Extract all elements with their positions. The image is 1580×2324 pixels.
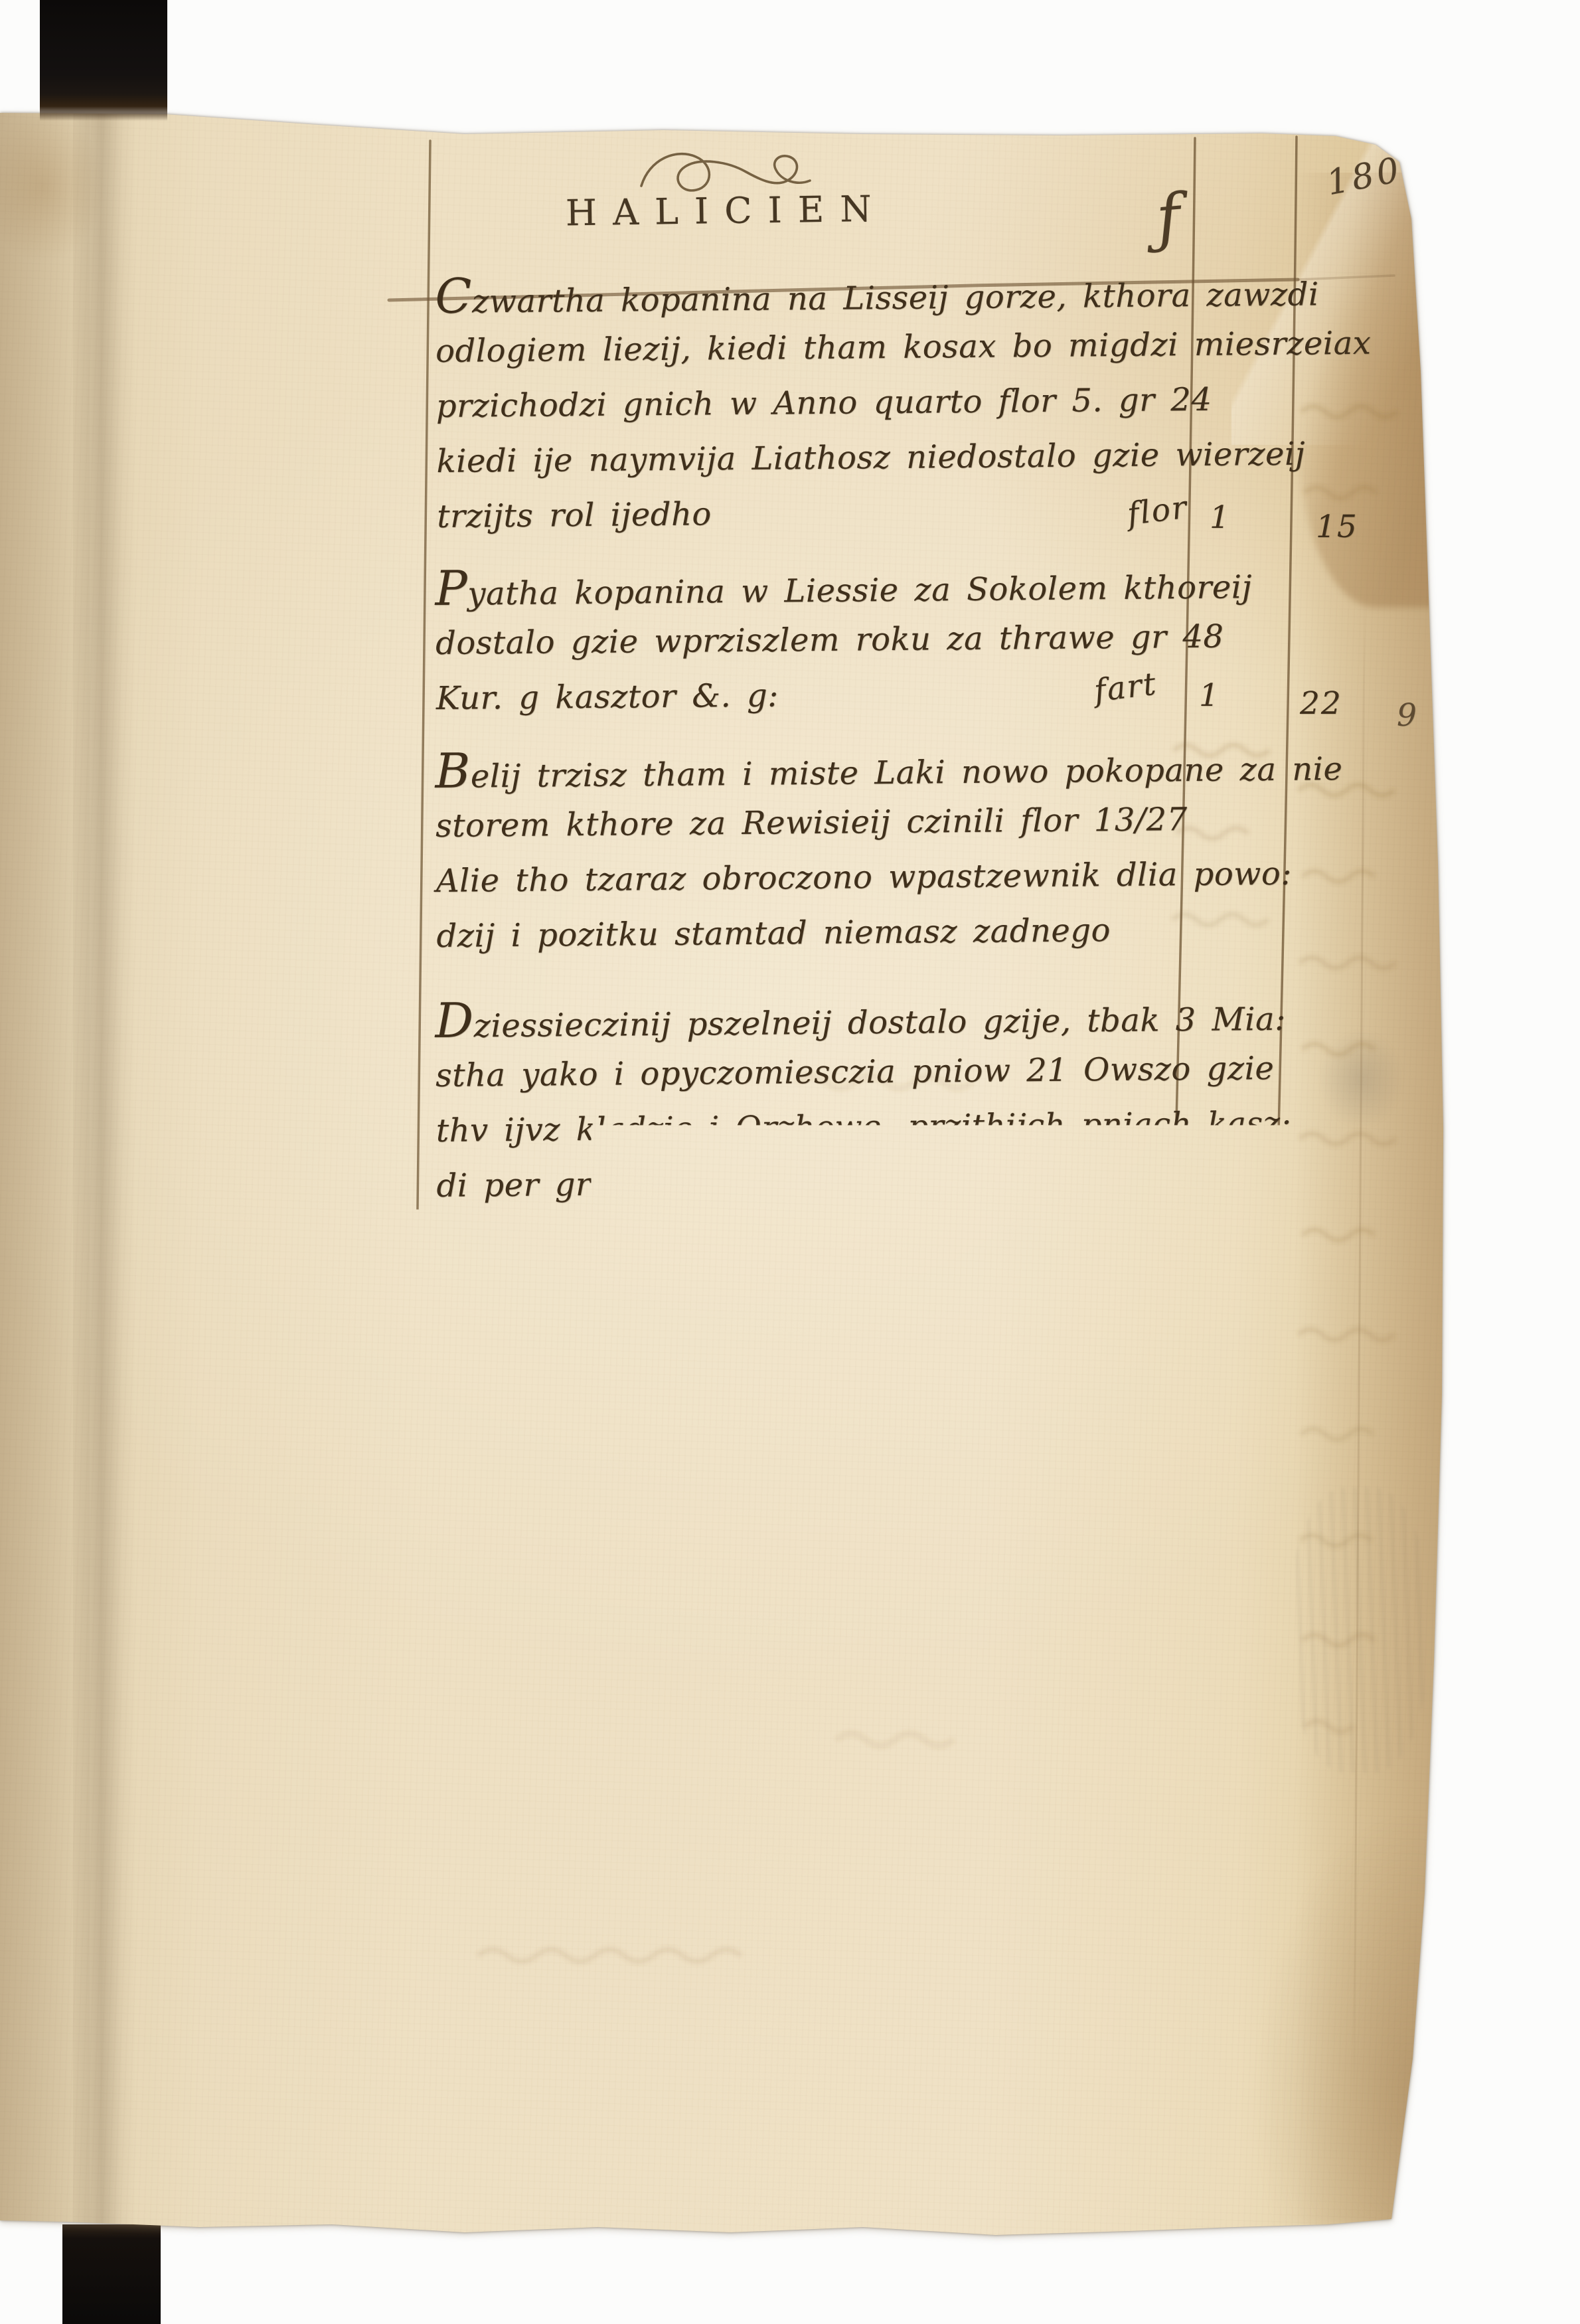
text-line: 15 A dziekiernikow przithem ijest tho dr… (435, 1542, 1226, 1599)
footer-rule (398, 1886, 1085, 1896)
stain-top-left (0, 100, 143, 292)
text-line: przichodzi gnich w Anno quarto flor 5. g… (435, 373, 1226, 434)
text-line: Czwartha kopanina na Lisseij gorze, ktho… (435, 262, 1225, 324)
manuscript-page: HALICIEN ƒ 180. Czwartha kopanina na Lis… (0, 0, 1580, 2324)
amount-value: 14 (1188, 1182, 1231, 1218)
scanned-manuscript-canvas: HALICIEN ƒ 180. Czwartha kopanina na Lis… (0, 0, 1580, 2324)
folio-number: 180. (1324, 147, 1420, 204)
amount-label: fart (1079, 1624, 1146, 1668)
amount-value: 6 (1190, 1382, 1212, 1418)
amount-value: 12 (1184, 1705, 1227, 1742)
vertical-crease (1353, 584, 1366, 2112)
text-line: stha yako i opyczomiesczia pniow 21 Owsz… (435, 1042, 1226, 1104)
text-line: kiedi ije naymvija Liathosz niedostalo g… (436, 428, 1227, 489)
text-line: nienaliezi do Zamku Alie do miastha i ie… (435, 1808, 1226, 1870)
text-line: Dziessieczinij pszelneij dostalo gzije, … (435, 987, 1225, 1048)
manuscript-page-wrap: HALICIEN ƒ 180. Czwartha kopanina na Lis… (0, 0, 1580, 2324)
gutter-shading (0, 100, 90, 2231)
text-line: Alie tho tzaraz obroczono wpastzewnik dl… (435, 847, 1226, 909)
margin-rule-left (404, 141, 430, 2222)
amount-label: flor (1125, 489, 1190, 533)
text-line: odlogiem liezij, kiedi tham kosax bo mig… (435, 317, 1226, 379)
text-line: Lesnich tho gunthij robija ijest 4 kazdi… (435, 1441, 1225, 1498)
amount-label: fart (1090, 1374, 1157, 1418)
ink-speck (103, 1920, 112, 1932)
text-line: storem kthore za Rewisieij czinili flor … (435, 792, 1226, 854)
amount-value: 1 (1210, 499, 1231, 536)
waterstain-right-edge (1295, 173, 1447, 2224)
smudge-patch-right-margin (1301, 1009, 1421, 1149)
text-line: Pyatha kopanina w Liessie za Sokolem kth… (435, 554, 1225, 616)
streak-patch-right-margin (1291, 1487, 1427, 1773)
amount-label: fart (1092, 665, 1159, 709)
ink-speck (110, 2010, 118, 2021)
text-line: Belij trzisz tham i miste Laki nowo poko… (435, 737, 1225, 799)
text-line: dzij i pozitku stamtad niemasz zadnego (436, 902, 1227, 964)
folio-mark: ƒ (1153, 180, 1183, 256)
text-line: Dwudziesczinij 3 Wieprzow odatczert liar… (435, 1208, 1225, 1270)
amount-value: 1 (1199, 677, 1220, 714)
text-line: kthorich gzie belo dostalo w Anno 1568 w… (435, 1264, 1226, 1325)
text-line: Druga slodownia kthora iest WRewisieij t… (435, 1753, 1225, 1815)
amount-value: 12 (1287, 1392, 1329, 1428)
amount-value: 9 (1397, 697, 1418, 734)
amount-label: flor (1067, 1693, 1131, 1736)
manuscript-paragraph-1: Czwartha kopanina na Lisseij gorze, ktho… (435, 262, 1227, 544)
text-line: dostalo gzie wprziszlem roku za thrawe g… (435, 610, 1226, 671)
manuscript-paragraph-8: Druga slodownia kthora iest WRewisieij t… (435, 1753, 1225, 1870)
amount-value: 3 (1175, 1633, 1196, 1670)
amount-value: 22 (1300, 685, 1342, 722)
text-line: przow 12. kazdej per gr 48 Exclusa nide … (435, 1319, 1226, 1380)
gutter-crease-shadow (73, 100, 136, 2231)
text-line: trzijts rol ijedho (437, 483, 1227, 544)
page-title: HALICIEN (566, 188, 888, 234)
waterstain-bottom-right (1215, 1760, 1447, 2224)
manuscript-paragraph-3: Belij trzisz tham i miste Laki nowo poko… (435, 737, 1227, 964)
amount-value: 15 (1316, 509, 1358, 545)
binding-strip-top (40, 0, 167, 121)
amount-value: 15 (1283, 1644, 1325, 1681)
text-line: thv ijvz kladzie i Orzhowe. przithijch p… (435, 1097, 1226, 1159)
text-line: daie gunthow po 1000. kazdei thisiacz pe… (435, 1491, 1226, 1548)
